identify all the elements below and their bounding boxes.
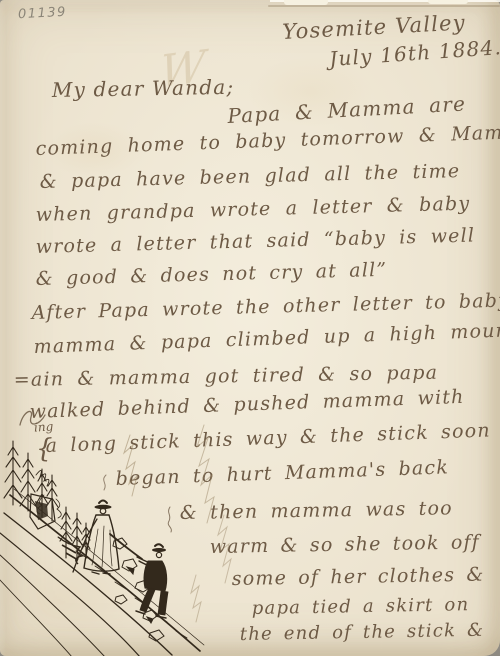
- letter-line: mamma & papa climbed up a high mount=: [33, 321, 500, 357]
- letter-line: warm & so she took off: [210, 533, 480, 557]
- mountain-climbing-sketch: [0, 395, 240, 656]
- letter-page: 01139 W Yosemite Valley July 16th 1884. …: [0, 0, 500, 656]
- letter-line: Papa & Mamma are: [227, 94, 467, 126]
- letter-line: the end of the stick &: [240, 622, 485, 644]
- letter-line: coming home to baby tomorrow & Mamma: [35, 123, 500, 159]
- letter-line: wrote a letter that said “baby is well: [36, 227, 476, 257]
- letter-line: & good & does not cry at all”: [36, 261, 388, 289]
- letter-line: =ain & mamma got tired & so papa: [14, 364, 439, 390]
- paper-top-edge-shadow: [268, 5, 500, 7]
- letter-line: some of her clothes &: [232, 566, 485, 589]
- letter-line: when grandpa wrote a letter & baby: [36, 195, 471, 225]
- date-line: July 16th 1884.: [329, 37, 500, 69]
- letter-line: papa tied a skirt on: [252, 596, 470, 618]
- paper-edge-notch: [428, 0, 468, 4]
- catalog-number: 01139: [18, 5, 68, 23]
- photo-background: 01139 W Yosemite Valley July 16th 1884. …: [0, 0, 500, 656]
- paper-edge-notch: [284, 0, 328, 5]
- letter-line: & papa have been glad all the time: [40, 162, 461, 192]
- papa-figure: [136, 544, 168, 618]
- letter-line: After Papa wrote the other letter to bab…: [32, 291, 500, 323]
- scribble-marks: [124, 425, 231, 622]
- salutation: My dear Wanda;: [52, 77, 235, 100]
